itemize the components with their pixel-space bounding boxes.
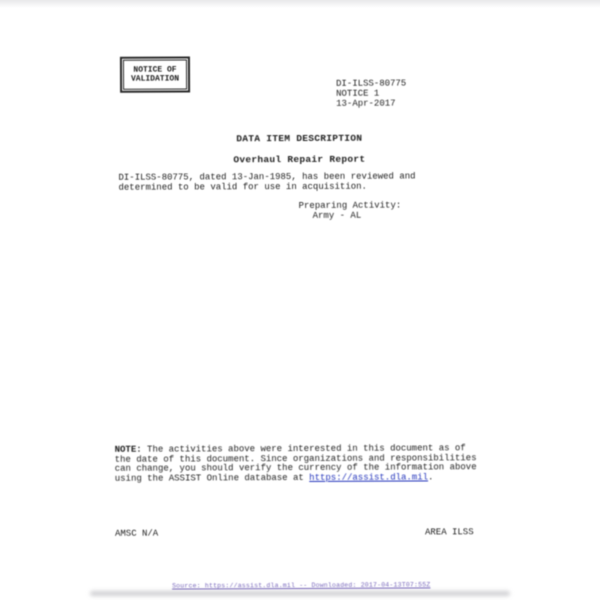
note-label: NOTE: xyxy=(115,445,142,455)
stamp-line-2: VALIDATION xyxy=(131,75,179,84)
assist-note: NOTE: The activities above were interest… xyxy=(115,444,483,484)
notice-date: 13-Apr-2017 xyxy=(336,99,406,109)
stamp-line-1: NOTICE OF xyxy=(133,66,176,75)
scan-artifact-bottom xyxy=(90,591,510,596)
validation-stamp-box: NOTICE OF VALIDATION xyxy=(120,56,190,92)
scanned-document: NOTICE OF VALIDATION DI-ILSS-80775 NOTIC… xyxy=(0,0,600,600)
validation-statement: DI-ILSS-80775, dated 13-Jan-1985, has be… xyxy=(118,171,434,192)
preparing-activity-value: Army - AL xyxy=(299,211,402,221)
assist-database-link[interactable]: https://assist.dla.mil xyxy=(309,472,428,483)
notice-number: NOTICE 1 xyxy=(336,89,406,99)
area-code: AREA ILSS xyxy=(425,527,474,537)
validation-stamp-text: NOTICE OF VALIDATION xyxy=(123,59,187,89)
document-id: DI-ILSS-80775 xyxy=(336,79,406,89)
amsc-number: AMSC N/A xyxy=(115,529,158,539)
page-title: DATA ITEM DESCRIPTION xyxy=(0,132,599,146)
document-page: NOTICE OF VALIDATION DI-ILSS-80775 NOTIC… xyxy=(0,0,600,600)
document-id-block: DI-ILSS-80775 NOTICE 1 13-Apr-2017 xyxy=(336,79,406,109)
preparing-activity-label: Preparing Activity: xyxy=(299,201,402,211)
document-subtitle: Overhaul Repair Report xyxy=(0,153,599,167)
note-suffix: . xyxy=(428,472,433,482)
preparing-activity-block: Preparing Activity: Army - AL xyxy=(299,201,402,221)
assist-download-source-link[interactable]: Source: https://assist.dla.mil -- Downlo… xyxy=(1,581,600,591)
